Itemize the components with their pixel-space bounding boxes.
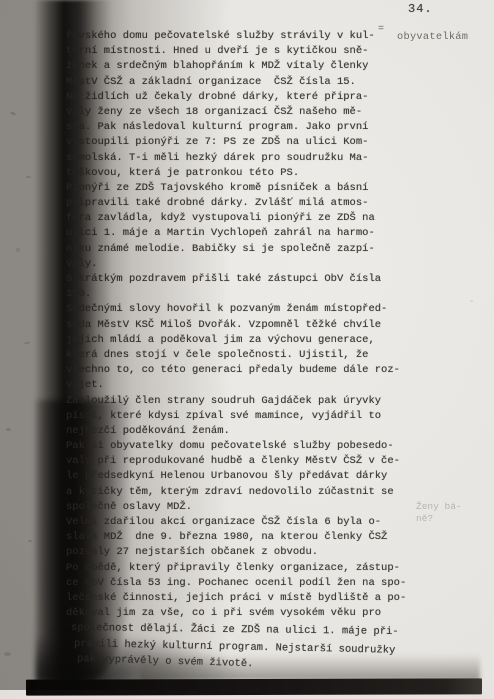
- scan-speck: [26, 176, 31, 178]
- faint-margin-note: Ženy bá- ně?: [416, 501, 462, 525]
- faint-margin-note-line2: ně?: [416, 513, 462, 525]
- text-line: le předsedkyní Helenou Urbanovou šly pře…: [66, 469, 426, 484]
- scan-speck: [6, 428, 11, 431]
- text-line: 150.: [66, 287, 426, 302]
- text-line: Pionýři ze ZDŠ Tajovského kromě písniček…: [66, 181, 426, 196]
- margin-note-obyvatelkam: obyvatelkám: [397, 31, 468, 43]
- scan-speck: [4, 652, 11, 656]
- text-line: somolská. T-i měli hezký dárek pro soudr…: [66, 151, 426, 166]
- text-line: valy při reprodukované hudbě a členky Mě…: [66, 454, 426, 469]
- scan-speck: [10, 111, 17, 116]
- text-line: ženek a srdečným blahopřáním k MDŽ vítal…: [66, 59, 426, 74]
- text-line: tuškovou, která je patronkou této PS.: [66, 166, 426, 181]
- text-line: S krátkým pozdravem přišli také zástupci…: [66, 272, 426, 287]
- text-line: Pak si obyvatelky domu pečovatelské služ…: [66, 439, 426, 454]
- text-line: Srdečnými slovy hovořil k pozvaným ženám…: [66, 302, 426, 317]
- text-line: která dnes stojí v čele společnosti. Uji…: [66, 348, 426, 363]
- scan-speck: [16, 248, 20, 252]
- text-line: víjet.: [66, 378, 426, 393]
- scanned-page: 34. = obyvatelkám řovského domu pečovate…: [0, 0, 494, 699]
- text-line: jejich mládí a poděkoval jim za výchovu …: [66, 333, 426, 348]
- text-line: slava MDŽ dne 9. března 1980, na kterou …: [66, 530, 426, 545]
- text-line: MěstV ČSŽ a základní organizace ČSŽ čísl…: [66, 75, 426, 90]
- scan-speck: [470, 300, 473, 302]
- text-line: valy.: [66, 257, 426, 272]
- page-number: 34.: [408, 2, 433, 16]
- text-line: ce ObV čísla 53 ing. Pochanec ocenil pod…: [66, 576, 426, 591]
- text-line: a kytičky těm, kterým zdraví nedovolilo …: [66, 485, 426, 500]
- text-line: vystoupili pionýři ze 7: PS ze ZDŠ na ul…: [66, 135, 426, 150]
- faint-margin-note-line1: Ženy bá-: [416, 501, 462, 513]
- text-line: připravili také drobné dárky. Zvlášť mil…: [66, 196, 426, 211]
- text-line: Na židlích už čekaly drobné dárky, které…: [66, 90, 426, 105]
- text-line: lečenské činnosti, jejich práci v místě …: [66, 591, 426, 606]
- text-line: sta. Pak následoval kulturní program. Ja…: [66, 120, 426, 135]
- text-line: féra zavládla, když vystupovali pionýři …: [66, 211, 426, 226]
- text-line: písní, které kdysi zpíval své mamince, v…: [66, 409, 426, 424]
- text-line: Velmi zdařilou akcí organizace ČSŽ čísla…: [66, 515, 426, 530]
- scan-edge-bar: [26, 678, 482, 695]
- typewritten-text: řovského domu pečovatelské služby strávi…: [66, 29, 426, 667]
- text-line: nejhezčí poděkování ženám.: [66, 424, 426, 439]
- scan-speck: [28, 540, 32, 542]
- text-line: turní místnosti. Hned u dveří je s kytič…: [66, 44, 426, 59]
- text-line: Po obědě, který připravily členky organi…: [66, 561, 426, 576]
- text-line: seda MěstV KSČ Miloš Dvořák. Vzpomněl tě…: [66, 318, 426, 333]
- text-line: společně oslavy MDŽ.: [66, 500, 426, 515]
- text-line: všechno to, co této generaci předaly bud…: [66, 363, 426, 378]
- text-line: pozvaly 27 nejstarších občanek z obvodu.: [66, 545, 426, 560]
- text-line: řovského domu pečovatelské služby strávi…: [66, 29, 426, 44]
- text-line: Zasloužilý člen strany soudruh Gajdáček …: [66, 394, 426, 409]
- text-line: vily ženy ze všech 18 organizací ČSŽ naš…: [66, 105, 426, 120]
- text-line: ulici 1. máje a Martin Vychlopeň zahrál …: [66, 226, 426, 241]
- scan-speck: [24, 341, 30, 344]
- text-line: niku známé melodie. Babičky si je společ…: [66, 242, 426, 257]
- text-line: děkoval jim za vše, co i při svém vysoké…: [66, 606, 426, 621]
- insertion-mark: =: [378, 24, 384, 35]
